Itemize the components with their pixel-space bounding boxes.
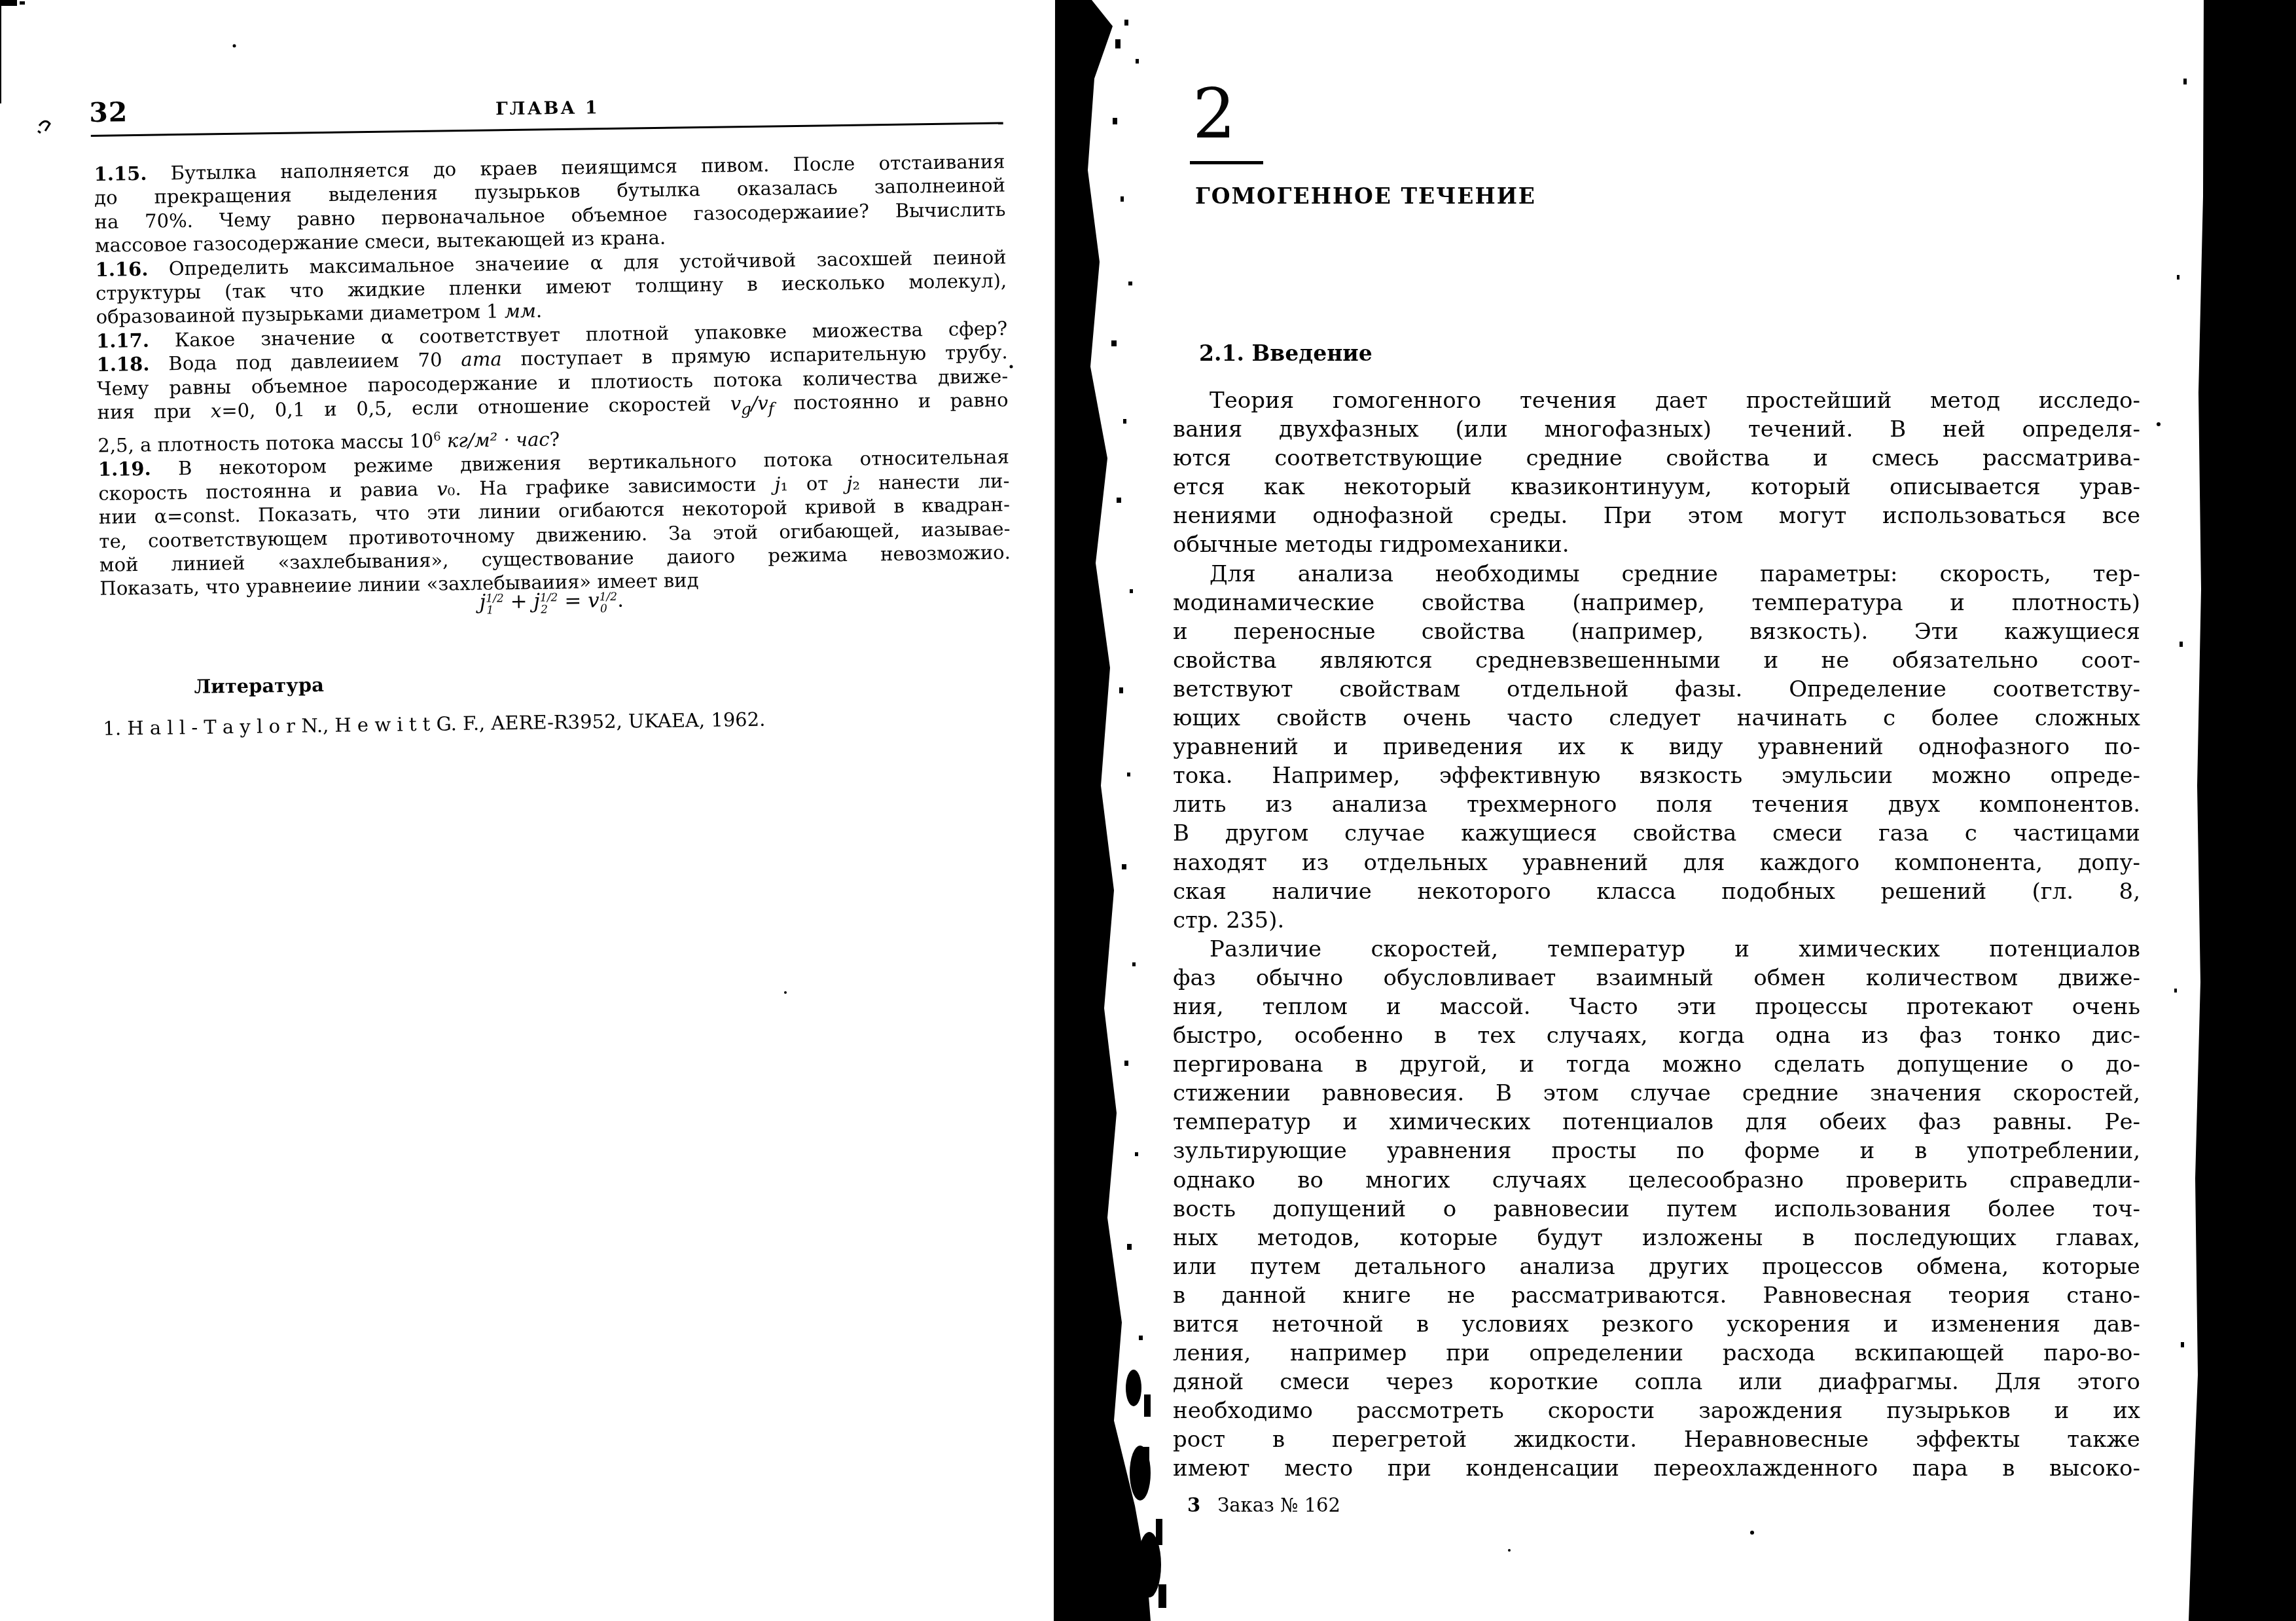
paragraph: Теория гомогенного течения дает простейш…	[1173, 386, 2140, 560]
body-text: Теория гомогенного течения дает простейш…	[1173, 386, 2140, 1484]
paragraph: Различие скоростей, температур и химичес…	[1173, 935, 2140, 1484]
text-line: Различие скоростей, температур и химичес…	[1173, 935, 2140, 964]
text-line: ветствуют свойствам отдельной фазы. Опре…	[1173, 675, 2140, 704]
order-number: Заказ № 162	[1217, 1494, 1340, 1516]
problem-number: 1.15.	[94, 162, 147, 185]
text-line: свойства являются средневзвешенными и не…	[1173, 646, 2140, 675]
text-line: температур и химических потенциалов для …	[1173, 1108, 2140, 1137]
text-line: обычные методы гидромеханики.	[1173, 530, 2140, 559]
problem-number: 1.17.	[96, 329, 149, 352]
problems-list: 1.15. Бутылка наполняется до краев пеиящ…	[94, 149, 1011, 600]
text-line: уравнений и приведения их к виду уравнен…	[1173, 733, 2140, 761]
problem-number: 1.18.	[96, 353, 149, 376]
book-gutter-shadow	[1054, 0, 1151, 1621]
text-line: ления, например при определении расхода …	[1173, 1339, 2140, 1368]
text-line: дяной смеси через короткие сопла или диа…	[1173, 1368, 2140, 1396]
edge-speckles	[2174, 79, 2187, 1347]
text-line: пергирована в другой, и тогда можно сдел…	[1173, 1050, 2140, 1079]
text-line: ская наличие некоторого класса подобных …	[1173, 877, 2140, 906]
paragraph: 1.18. Вода под давлеиием 70 ата поступае…	[96, 340, 1009, 458]
text-line: модинамические свойства (например, темпе…	[1173, 589, 2140, 617]
text-line: вость допущений о равновесии путем испол…	[1173, 1195, 2140, 1224]
running-header: ГЛАВА 1	[89, 92, 1005, 125]
text-line: ния, теплом и массой. Часто эти процессы…	[1173, 993, 2140, 1021]
paragraph: 1.16. Определить максимальное значеиие α…	[95, 245, 1007, 329]
text-line: В другом случае кажущиеся свойства смеси…	[1173, 819, 2140, 848]
gutter-speckles	[1111, 20, 1166, 1608]
text-line: Для анализа необходимы средние параметры…	[1173, 560, 2140, 589]
text-line: необходимо рассмотреть скорости зарожден…	[1173, 1396, 2140, 1425]
text-line: ется как некоторый квазиконтинуум, котор…	[1173, 473, 2140, 501]
text-line: Теория гомогенного течения дает простейш…	[1173, 386, 2140, 415]
print-footer: 3Заказ № 162	[1187, 1494, 1340, 1516]
header-rule	[91, 122, 1003, 137]
literature-heading: Литература	[194, 674, 324, 698]
text-line: быстро, особенно в тех случаях, когда од…	[1173, 1021, 2140, 1050]
chapter-number-rule	[1190, 161, 1263, 164]
scanned-book-spread: { "scan": { "left_page": { "page_number"…	[0, 0, 2296, 1621]
paragraph: Для анализа необходимы средние параметры…	[1173, 560, 2140, 935]
text-line: вится неточной в условиях резкого ускоре…	[1173, 1310, 2140, 1339]
text-line: находят из отдельных уравнений для каждо…	[1173, 848, 2140, 877]
text-line: стижении равновесия. В этом случае средн…	[1173, 1079, 2140, 1108]
text-line: тока. Например, эффективную вязкость эму…	[1173, 761, 2140, 790]
text-line: ных методов, которые будут изложены в по…	[1173, 1224, 2140, 1252]
text-line: имеют место при конденсации переохлажден…	[1173, 1454, 2140, 1483]
text-line: ются соответствующие средние свойства и …	[1173, 444, 2140, 473]
text-line: лить из анализа трехмерного поля течения…	[1173, 790, 2140, 819]
signature-number: 3	[1187, 1494, 1200, 1516]
text-line: в данной книге не рассматриваются. Равно…	[1173, 1281, 2140, 1310]
problem-number: 1.19.	[98, 458, 151, 481]
chapter-title: ГОМОГЕННОЕ ТЕЧЕНИЕ	[1195, 183, 1536, 209]
text-line: зультирующие уравнения просты по форме и…	[1173, 1137, 2140, 1165]
reference-entry: 1. H a l l - T a y l o r N., H e w i t t…	[103, 708, 765, 740]
margin-mark	[38, 121, 50, 133]
left-page: 32 ГЛАВА 1 1.15. Бутылка наполняется до …	[89, 84, 1015, 816]
text-line: стр. 235).	[1173, 906, 2140, 935]
corner-debris	[0, 0, 25, 103]
paragraph: 1.19. В некотором режиме движения вертик…	[98, 445, 1011, 601]
text-line: ющих свойств очень часто следует начинат…	[1173, 704, 2140, 733]
text-line: однако во многих случаях целесообразно п…	[1173, 1166, 2140, 1195]
section-heading: 2.1. Введение	[1199, 340, 1372, 366]
text-line: или путем детального анализа других проц…	[1173, 1252, 2140, 1281]
scan-edge-band	[2189, 0, 2296, 1621]
chapter-number: 2	[1193, 80, 1236, 148]
paragraph: 1.15. Бутылка наполняется до краев пеиящ…	[94, 149, 1006, 257]
text-line: и переносные свойства (например, вязкост…	[1173, 617, 2140, 646]
text-line: нениями однофазной среды. При этом могут…	[1173, 501, 2140, 530]
text-line: рост в перегретой жидкости. Неравновесны…	[1173, 1425, 2140, 1454]
text-line: вания двухфазных (или многофазных) течен…	[1173, 415, 2140, 444]
problem-number: 1.16.	[95, 257, 148, 280]
text-line: фаз обычно обусловливает взаимный обмен …	[1173, 964, 2140, 993]
